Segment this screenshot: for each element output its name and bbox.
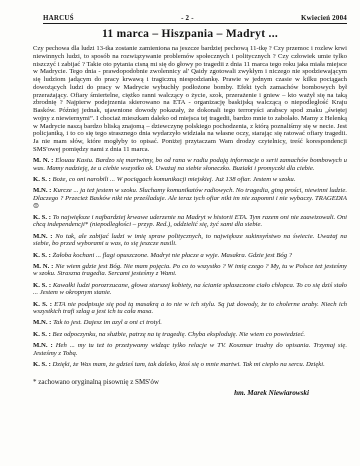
article-title: 11 marca – Hiszpania – Madryt ...: [33, 28, 347, 40]
sms-text: ETA nie podpisuje się pod tą masakrą a t…: [33, 301, 347, 316]
sms-speaker: K. S. :: [33, 214, 51, 221]
sms-speaker: K. S. :: [33, 361, 51, 368]
author-signature: hm. Marek Niewiarowski: [33, 389, 347, 397]
sms-speaker: M.N. :: [33, 342, 53, 349]
sms-text: Nie wiem gdzie jest Bóg. Nie mam pojęcia…: [33, 263, 347, 278]
header-page-number: - 2 -: [181, 14, 194, 22]
sms-speaker: K. S. :: [33, 176, 51, 183]
sms-message: M.N. : Heh ... my tu też to przeżywamy w…: [33, 342, 347, 357]
sms-text: Żałoba kochani ... flagi opuszczone. Mad…: [53, 252, 293, 259]
sms-text: Dzięki, że Was mam, że gdzieś tam, tak d…: [53, 361, 325, 368]
sms-message: M. N. : Nie wiem gdzie jest Bóg. Nie mam…: [33, 263, 347, 278]
sms-message: M. N. : Elouau Kasiu. Bardzo się martwim…: [33, 157, 347, 172]
sms-message: K. S. : Bez odpoczynku, na służbie, patr…: [33, 331, 347, 339]
page-header: HARCUŚ - 2 - Kwiecień 2004: [43, 14, 347, 24]
scanned-document-page: HARCUŚ - 2 - Kwiecień 2004 11 marca – Hi…: [0, 0, 360, 466]
sms-message: K. S. : Boże, co oni narobili ... W poci…: [33, 176, 347, 184]
sms-text: Heh ... my tu też to przeżywamy widząc t…: [33, 342, 347, 357]
sms-text: Bez odpoczynku, na służbie, patrzę na tę…: [53, 331, 306, 338]
footnote: * zachowano oryginalną pisownię z SMS'ów: [33, 378, 347, 386]
sms-speaker: M.N. :: [33, 233, 52, 240]
sms-message: K. S. : To największe i najbardziej krwa…: [33, 214, 347, 229]
sms-message: K. S. : Żałoba kochani ... flagi opuszcz…: [33, 252, 347, 260]
header-issue-date: Kwiecień 2004: [301, 14, 347, 22]
sms-speaker: K. S. :: [33, 301, 52, 308]
sms-message: M.N. : Tak to jest. Dajesz im azyl a oni…: [33, 319, 347, 327]
sms-text: Elouau Kasiu. Bardzo się martwimy, bo od…: [33, 157, 347, 172]
sms-text: No tak, ale zabijać ludzi w imię spraw p…: [33, 233, 347, 248]
sms-text: Kawałki ludzi porozrzucane, głowa starsz…: [33, 282, 347, 297]
sms-text: To największe i najbardziej krwawe uderz…: [33, 214, 347, 229]
sms-text: Tak to jest. Dajesz im azyl a oni ci tro…: [53, 319, 162, 326]
sms-speaker: K. S. :: [33, 252, 51, 259]
sms-message: K. S. : Dzięki, że Was mam, że gdzieś ta…: [33, 361, 347, 369]
journal-name: HARCUŚ: [43, 14, 74, 22]
sms-speaker: K. S. :: [33, 331, 51, 338]
sms-text: Kurcze ... ja też jestem w szoku. Słucha…: [33, 187, 347, 209]
sms-message: M.N. : No tak, ale zabijać ludzi w imię …: [33, 233, 347, 248]
sms-message: K. S. : Kawałki ludzi porozrzucane, głow…: [33, 282, 347, 297]
sms-speaker: M.N. :: [33, 187, 51, 194]
sms-speaker: K. S. :: [33, 282, 51, 289]
sms-speaker: M. N. :: [33, 263, 53, 270]
sms-speaker: M.N. :: [33, 319, 51, 326]
sms-message: K. S. : ETA nie podpisuje się pod tą mas…: [33, 301, 347, 316]
sms-text: Boże, co oni narobili ... W pociągach ko…: [53, 176, 296, 183]
intro-paragraph: Czy pechowa dla ludzi 13-tka zostanie za…: [33, 45, 347, 154]
sms-message: M.N. : Kurcze ... ja też jestem w szoku.…: [33, 187, 347, 210]
sms-speaker: M. N. :: [33, 157, 53, 164]
